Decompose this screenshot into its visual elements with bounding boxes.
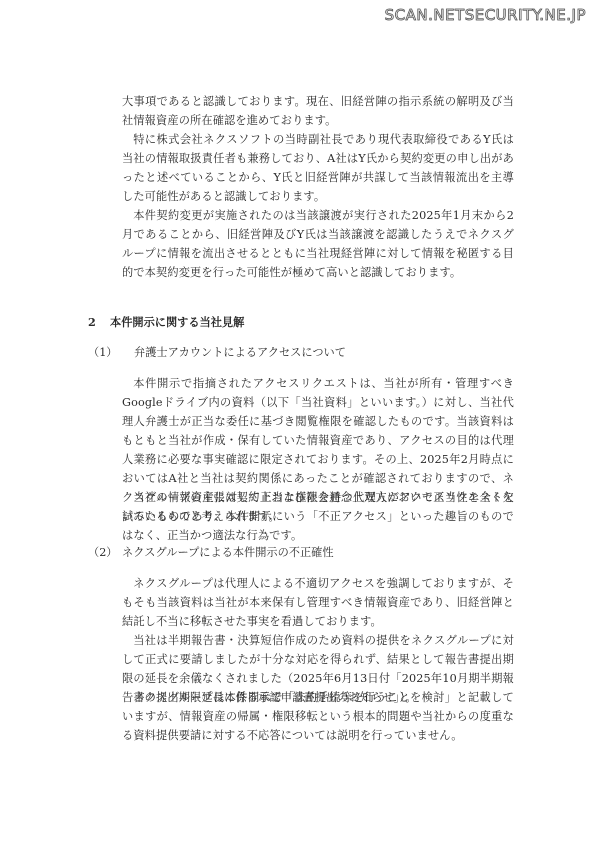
body-paragraph: 大事項であると認識しております。現在、旧経営陣の指示系統の解明及び当社情報資産の…	[122, 92, 514, 130]
document-page: 大事項であると認識しております。現在、旧経営陣の指示系統の解明及び当社情報資産の…	[0, 0, 600, 850]
section-heading: 2本件開示に関する当社見解	[88, 313, 244, 332]
section-number: 2	[88, 313, 110, 332]
body-paragraph: ネクスグループは本件開示で「法的手続等を行うことを検討」と記載していますが、情報…	[122, 688, 514, 745]
body-paragraph: 特に株式会社ネクスソフトの当時副社長であり現代表取締役であるY氏は当社の情報取扱…	[122, 130, 514, 206]
body-paragraph: 本件契約変更が実施されたのは当該譲渡が実行された2025年1月末から2月であるこ…	[122, 206, 514, 282]
section-title: 本件開示に関する当社見解	[110, 315, 244, 329]
subsection-number: （2）	[88, 543, 122, 562]
subsection-number: （1）	[88, 343, 134, 362]
body-paragraph: 当社の情報資産に対して正当な権限を持つ代理人がアクセスリクエストを試みたものであ…	[122, 488, 514, 545]
subsection-title: 弁護士アカウントによるアクセスについて	[134, 346, 346, 359]
subsection-heading: （1）弁護士アカウントによるアクセスについて	[88, 343, 346, 362]
subsection-heading: （2）ネクスグループによる本件開示の不正確性	[88, 543, 334, 562]
subsection-title: ネクスグループによる本件開示の不正確性	[122, 546, 334, 559]
body-paragraph: ネクスグループは代理人による不適切アクセスを強調しておりますが、そもそも当該資料…	[122, 574, 514, 631]
